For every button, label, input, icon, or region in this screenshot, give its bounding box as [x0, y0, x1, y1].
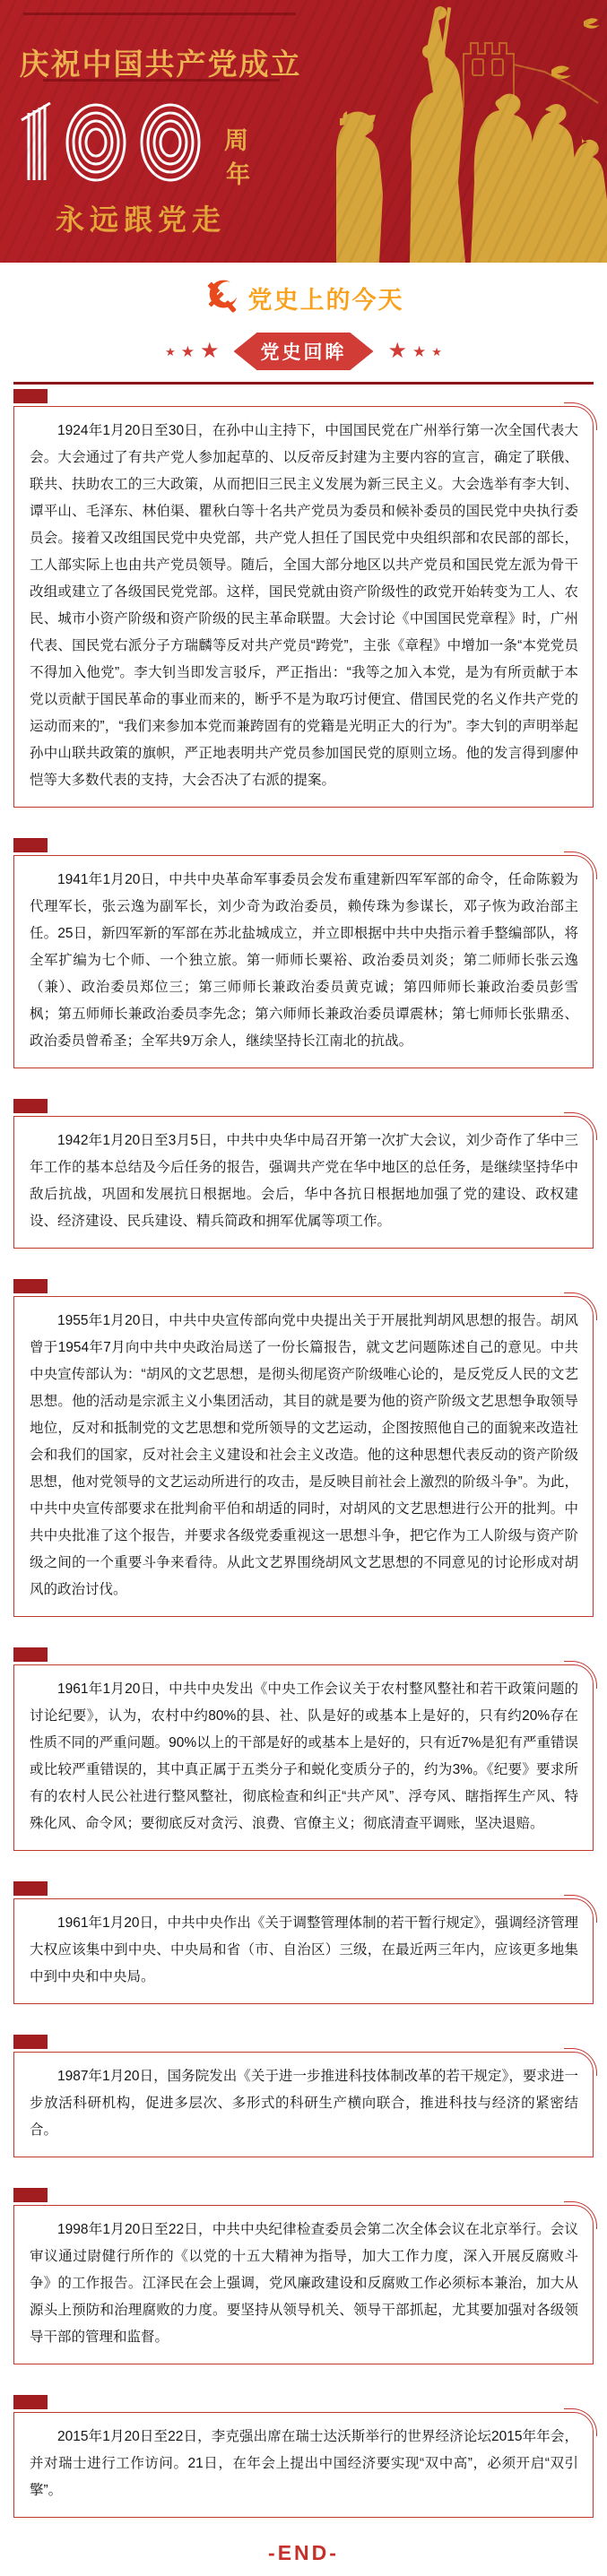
star-icon: ★ [431, 346, 442, 358]
history-section-1998: 1998年1月20日至22日，中共中央纪律检查委员会第二次全体会议在北京举行。会… [13, 2188, 594, 2364]
banner-rule-top [23, 13, 296, 15]
bird-icon [551, 18, 600, 79]
stars-left: ★ ★ ★ [165, 341, 219, 362]
section-marker [13, 389, 48, 403]
star-icon: ★ [388, 341, 408, 362]
section-box: 1961年1月20日，中共中央发出《中央工作会议关于农村整风整社和若干政策问题的… [13, 1664, 594, 1851]
history-section-1955: 1955年1月20日，中共中央宣传部向党中央提出关于开展批判胡风思想的报告。胡风… [13, 1279, 594, 1617]
section-marker [13, 2188, 48, 2202]
section-text: 2015年1月20日至22日，李克强出席在瑞士达沃斯举行的世界经济论坛2015年… [30, 2424, 578, 2504]
section-box: 1987年1月20日，国务院发出《关于进一步推进科技体制改革的若干规定》，要求进… [13, 2052, 594, 2157]
history-section-1987: 1987年1月20日，国务院发出《关于进一步推进科技体制改革的若干规定》，要求进… [13, 2035, 594, 2157]
section-marker [13, 838, 48, 852]
section-text: 1987年1月20日，国务院发出《关于进一步推进科技体制改革的若干规定》，要求进… [30, 2063, 578, 2144]
end-mark: -END- [0, 2541, 607, 2565]
banner-slogan-bottom: 永远跟党走 [56, 197, 226, 238]
section-box: 1998年1月20日至22日，中共中央纪律检查委员会第二次全体会议在北京举行。会… [13, 2205, 594, 2364]
section-box: 2015年1月20日至22日，李克强出席在瑞士达沃斯举行的世界经济论坛2015年… [13, 2412, 594, 2518]
badge-row: ★ ★ ★ 党史回眸 ★ ★ ★ [0, 332, 607, 371]
banner-slogan-top: 庆祝中国共产党成立 [18, 41, 303, 83]
section-marker [13, 1647, 48, 1662]
history-section-1961-b: 1961年1月20日，中共中央作出《关于调整管理体制的若干暂行规定》，强调经济管… [13, 1881, 594, 2004]
page-title: 党史上的今天 [248, 281, 404, 316]
section-box: 1942年1月20日至3月5日，中共中央华中局召开第一次扩大会议，刘少奇作了华中… [13, 1116, 594, 1249]
section-marker [13, 2035, 48, 2049]
number-100-art [20, 99, 210, 185]
section-text: 1941年1月20日，中共中央革命军事委员会发布重建新四军军部的命令，任命陈毅为… [30, 867, 578, 1055]
section-text: 1998年1月20日至22日，中共中央纪律检查委员会第二次全体会议在北京举行。会… [30, 2217, 578, 2351]
party-emblem-icon [204, 280, 239, 316]
anniversary-banner: 庆祝中国共产党成立 周 年 [0, 0, 607, 263]
star-icon: ★ [200, 341, 220, 362]
section-text: 1942年1月20日至3月5日，中共中央华中局召开第一次扩大会议，刘少奇作了华中… [30, 1128, 578, 1235]
history-section-1961-a: 1961年1月20日，中共中央发出《中央工作会议关于农村整风整社和若干政策问题的… [13, 1647, 594, 1851]
section-box: 1955年1月20日，中共中央宣传部向党中央提出关于开展批判胡风思想的报告。胡风… [13, 1296, 594, 1617]
section-marker [13, 1881, 48, 1896]
statue-silhouette-art [329, 0, 607, 263]
banner-rule-bottom [43, 79, 280, 82]
article-page: 庆祝中国共产党成立 周 年 [0, 0, 607, 2576]
star-icon: ★ [181, 344, 195, 359]
section-box: 1924年1月20日至30日，在孙中山主持下，中国国民党在广州举行第一次全国代表… [13, 406, 594, 808]
section-box: 1961年1月20日，中共中央作出《关于调整管理体制的若干暂行规定》，强调经济管… [13, 1898, 594, 2004]
star-icon: ★ [165, 346, 176, 358]
stars-right: ★ ★ ★ [388, 341, 442, 362]
page-title-row: 党史上的今天 [0, 278, 607, 317]
unit-nian: 年 [226, 155, 250, 190]
section-marker [13, 1099, 48, 1113]
unit-zhou: 周 [224, 121, 248, 156]
history-section-1924: 1924年1月20日至30日，在孙中山主持下，中国国民党在广州举行第一次全国代表… [13, 389, 594, 808]
divider-line [13, 382, 594, 385]
section-text: 1961年1月20日，中共中央作出《关于调整管理体制的若干暂行规定》，强调经济管… [30, 1910, 578, 1991]
section-text: 1924年1月20日至30日，在孙中山主持下，中国国民党在广州举行第一次全国代表… [30, 418, 578, 794]
star-icon: ★ [412, 344, 426, 359]
section-text: 1955年1月20日，中共中央宣传部向党中央提出关于开展批判胡风思想的报告。胡风… [30, 1308, 578, 1604]
section-text: 1961年1月20日，中共中央发出《中央工作会议关于农村整风整社和若干政策问题的… [30, 1676, 578, 1837]
section-marker [13, 1279, 48, 1293]
section-marker [13, 2395, 48, 2409]
history-section-1942: 1942年1月20日至3月5日，中共中央华中局召开第一次扩大会议，刘少奇作了华中… [13, 1099, 594, 1249]
history-section-2015: 2015年1月20日至22日，李克强出席在瑞士达沃斯举行的世界经济论坛2015年… [13, 2395, 594, 2518]
history-section-1941: 1941年1月20日，中共中央革命军事委员会发布重建新四军军部的命令，任命陈毅为… [13, 838, 594, 1068]
section-badge: 党史回眸 [234, 333, 374, 370]
section-box: 1941年1月20日，中共中央革命军事委员会发布重建新四军军部的命令，任命陈毅为… [13, 855, 594, 1068]
